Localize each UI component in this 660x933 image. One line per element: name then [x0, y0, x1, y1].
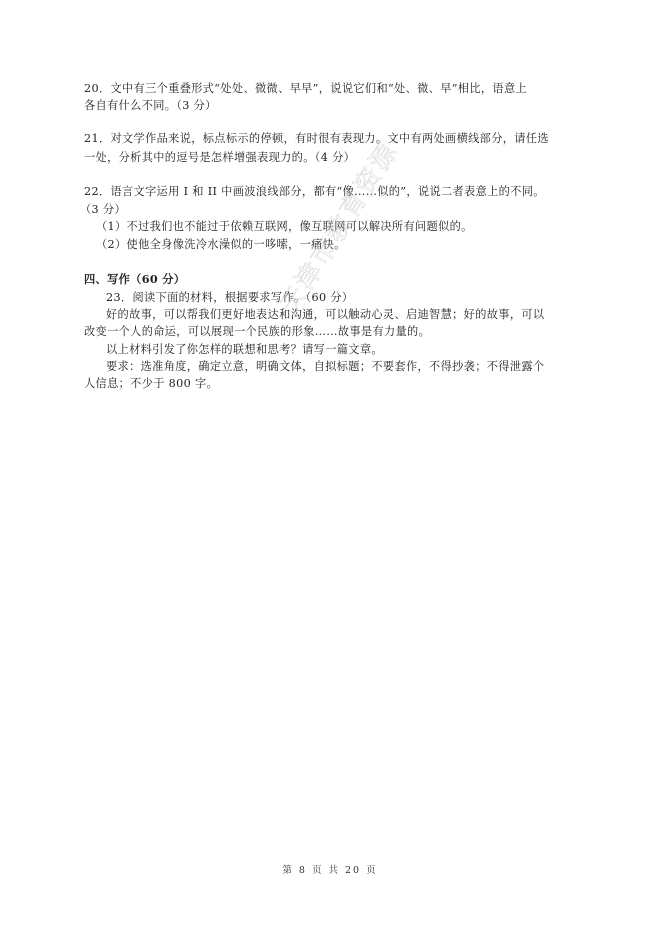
question-21-line-1: 21．对文学作品来说，标点标示的停顿，有时很有表现力。文中有两处画横线部分，请任… [84, 130, 580, 147]
material-para-1-line-2: 改变一个人的命运，可以展现一个民族的形象……故事是有力量的。 [84, 323, 580, 340]
page-number: 第 8 页 共 20 页 [0, 862, 660, 876]
requirements-line-2: 人信息；不少于 800 字。 [84, 375, 580, 392]
question-23-prompt: 23．阅读下面的材料，根据要求写作。（60 分） [106, 289, 602, 306]
exam-page: 20．文中有三个重叠形式“处处、微微、早早”，说说它们和“处、微、早”相比，语意… [0, 0, 660, 933]
question-22-line-1: 22．语言文字运用 I 和 II 中画波浪线部分，都有“像……似的”，说说二者表… [84, 183, 580, 200]
question-20-line-1: 20．文中有三个重叠形式“处处、微微、早早”，说说它们和“处、微、早”相比，语意… [84, 80, 580, 97]
question-21-line-2: 一处，分析其中的逗号是怎样增强表现力的。（4 分） [84, 149, 580, 166]
material-para-2: 以上材料引发了你怎样的联想和思考？请写一篇文章。 [106, 341, 602, 358]
question-22-line-2: （3 分） [80, 201, 576, 218]
question-22-item-1: （1）不过我们也不能过于依赖互联网，像互联网可以解决所有问题似的。 [96, 218, 592, 235]
section-4-heading: 四、写作（60 分） [84, 271, 580, 288]
question-22-item-2: （2）使他全身像洗冷水澡似的一哆嗦，一痛快。 [96, 236, 592, 253]
requirements-line-1: 要求：选准角度，确定立意，明确文体，自拟标题；不要套作，不得抄袭；不得泄露个 [106, 358, 602, 375]
material-para-1-line-1: 好的故事，可以帮我们更好地表达和沟通，可以触动心灵、启迪智慧；好的故事，可以 [106, 306, 602, 323]
question-20-line-2: 各自有什么不同。（3 分） [84, 97, 580, 114]
